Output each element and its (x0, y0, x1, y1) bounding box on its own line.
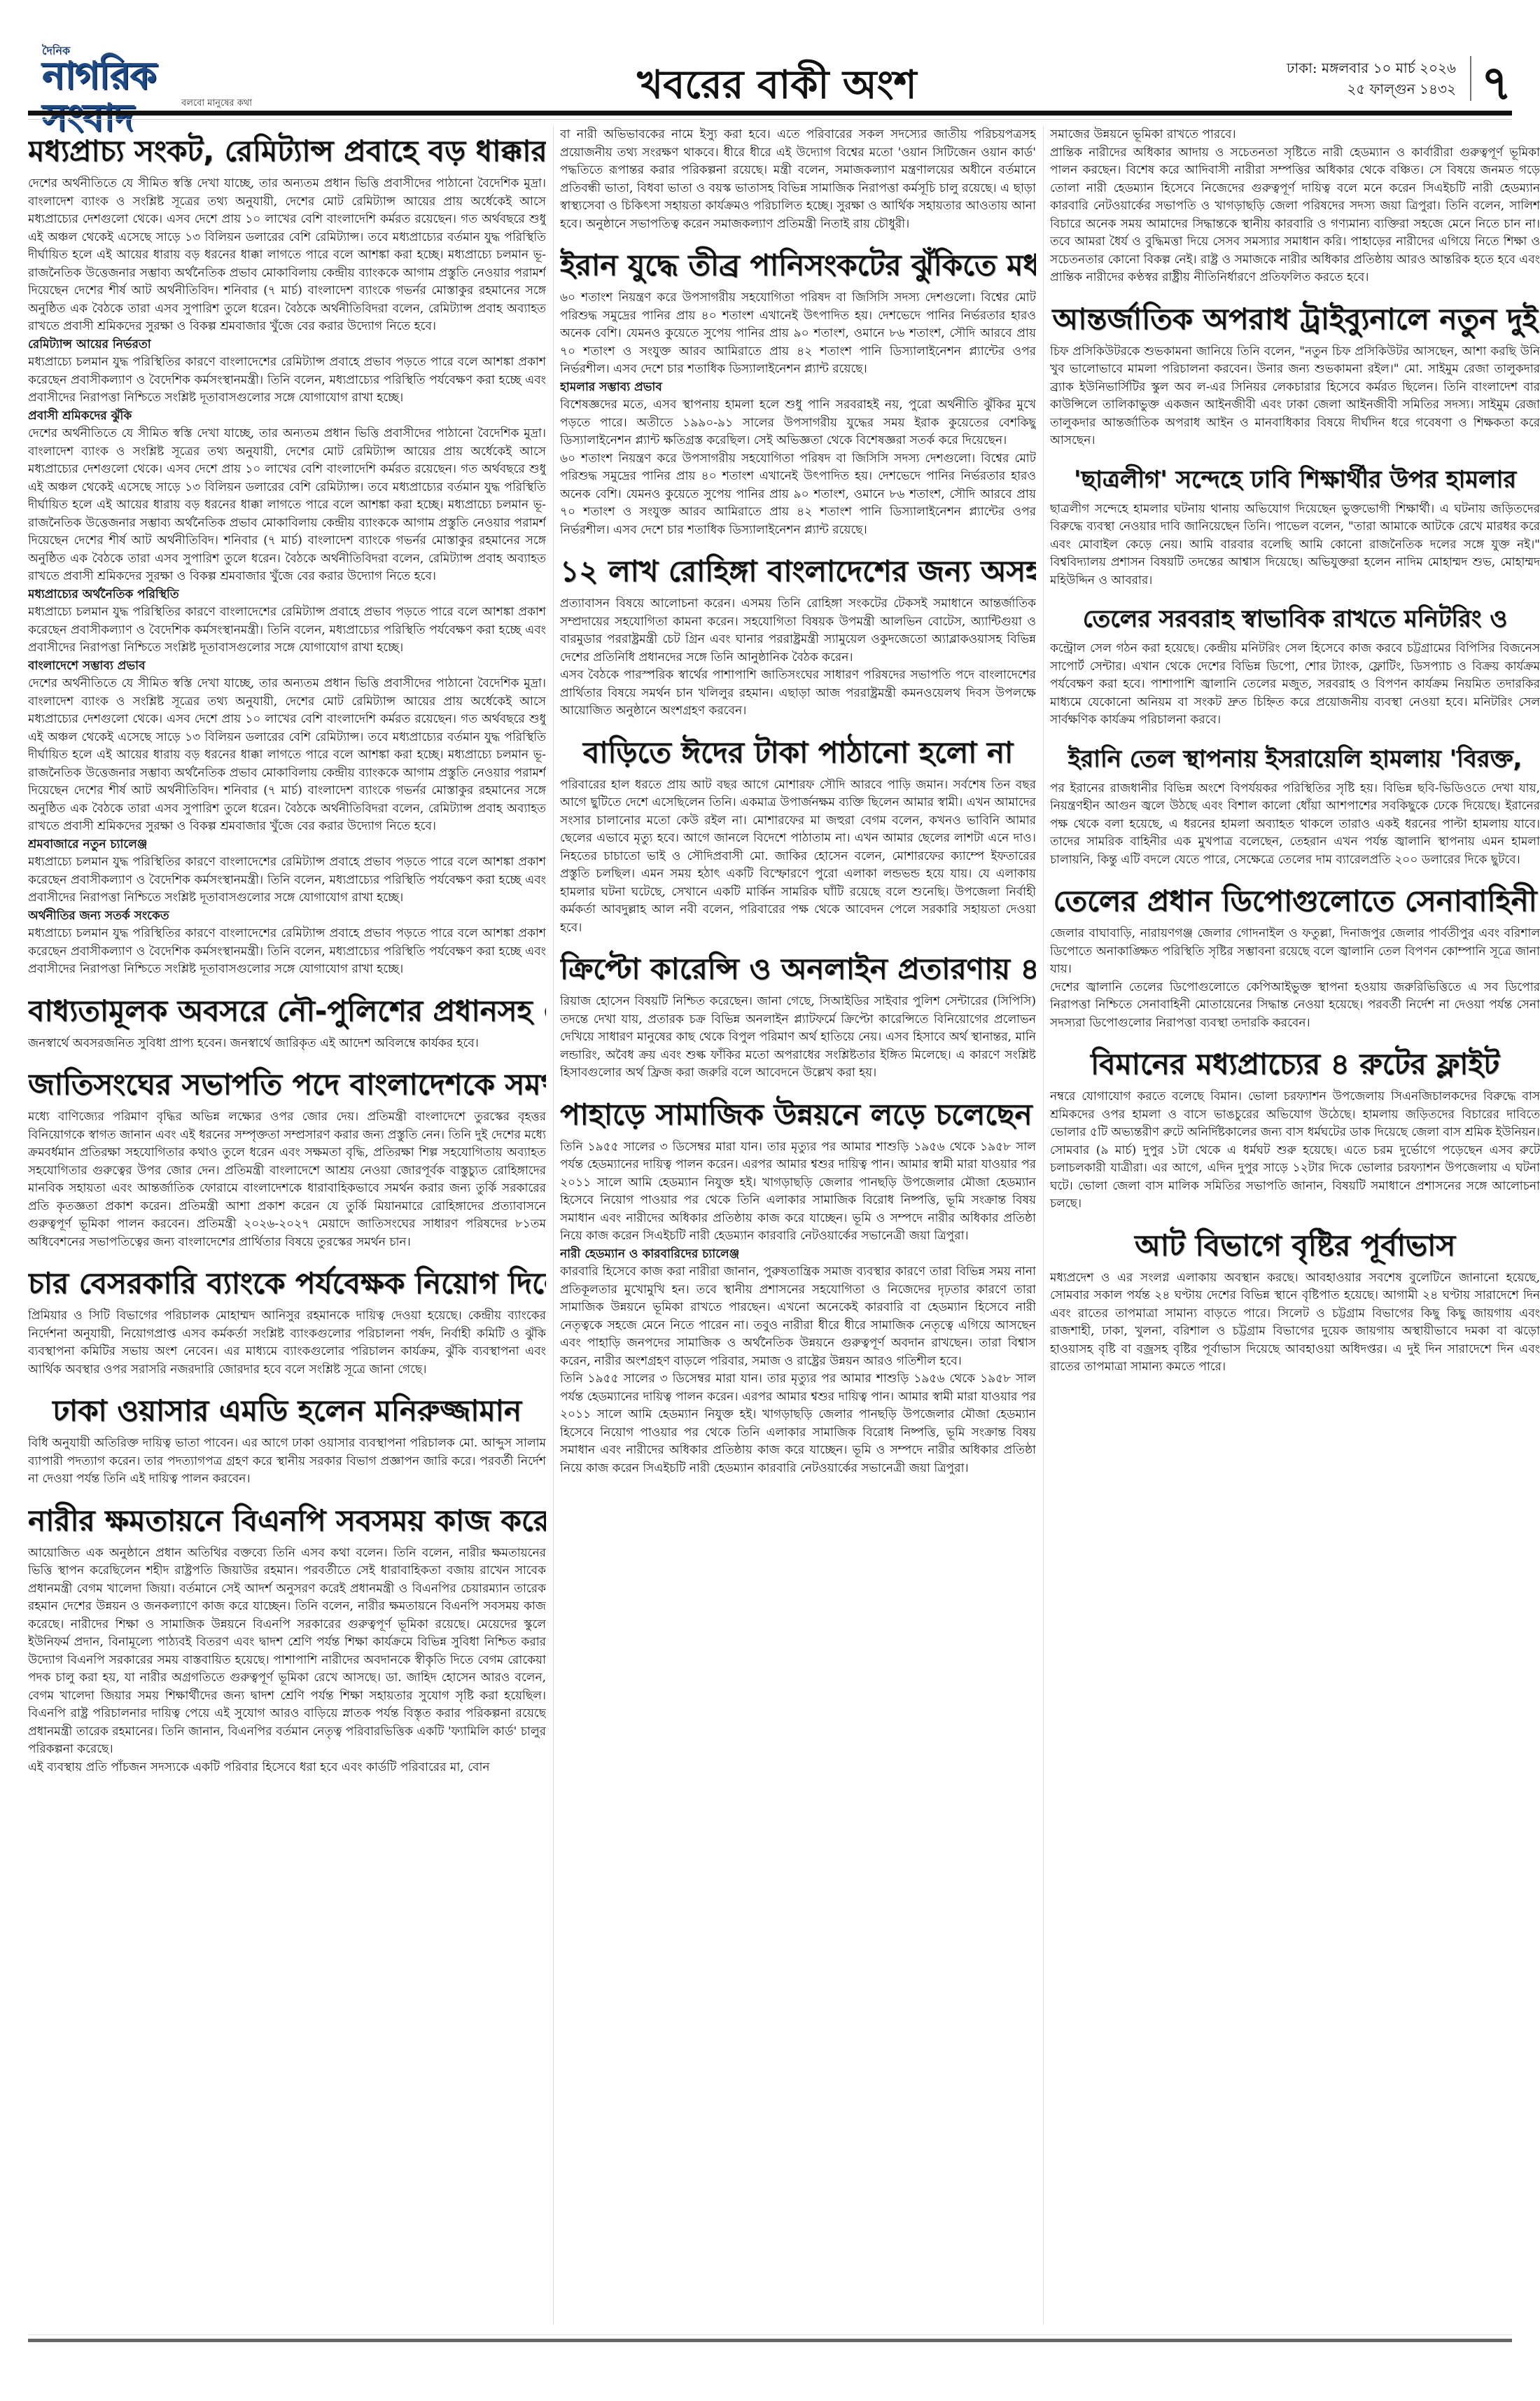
headline[interactable]: মধ্যপ্রাচ্য সংকট, রেমিট্যান্স প্রবাহে বড… (28, 132, 546, 171)
dateline: ঢাকা: মঙ্গলবার ১০ মার্চ ২০২৬ ২৫ ফাল্গুন … (1287, 57, 1456, 99)
paragraph: দেশের অর্থনীতিতে যে সীমিত স্বস্তি দেখা য… (28, 675, 546, 836)
article-rohingya: ১২ লাখ রোহিঙ্গা বাংলাদেশের জন্য অসহনীয় … (560, 552, 1036, 721)
headline[interactable]: জাতিসংঘের সভাপতি পদে বাংলাদেশকে সমর্থন (28, 1065, 546, 1104)
headline[interactable]: চার বেসরকারি ব্যাংকে পর্যবেক্ষক নিয়োগ দ… (28, 1264, 546, 1303)
paragraph: চিফ প্রসিকিউটরকে শুভকামনা জানিয়ে তিনি ব… (1050, 343, 1540, 450)
article-navy-police: বাধ্যতামূলক অবসরে নৌ-পুলিশের প্রধানসহ ৫ … (28, 991, 546, 1053)
headline[interactable]: তেলের প্রধান ডিপোগুলোতে সেনাবাহিনী (1050, 882, 1540, 921)
headline[interactable]: নারীর ক্ষমতায়নে বিএনপি সবসময় কাজ করেছে (28, 1501, 546, 1540)
paragraph: তিনি ১৯৫৫ সালের ৩ ডিসেম্বর মারা যান। তার… (560, 1370, 1036, 1477)
paragraph: প্রত্যাবাসন বিষয়ে আলোচনা করেন। এসময় তি… (560, 595, 1036, 667)
paragraph: মধ্যপ্রাচ্যে চলমান যুদ্ধ পরিস্থিতির কারণ… (28, 604, 546, 657)
article-eid-money: বাড়িতে ঈদের টাকা পাঠানো হলো না পরিবারের… (560, 733, 1036, 938)
paragraph: মধ্যপ্রাচ্যে চলমান যুদ্ধ পরিস্থিতির কারণ… (28, 354, 546, 408)
paragraph: মধ্যপ্রাচ্যে চলমান যুদ্ধ পরিস্থিতির কারণ… (28, 925, 546, 979)
paragraph: বিধি অনুযায়ী অতিরিক্ত দায়িত্ব ভাতা পাব… (28, 1435, 546, 1489)
headline[interactable]: ইরানি তেল স্থাপনায় ইসরায়েলি হামলায় 'ব… (1050, 742, 1540, 776)
paragraph: এই ব্যবস্থায় প্রতি পাঁচজন সদস্যকে একটি … (28, 1759, 546, 1777)
headline[interactable]: ১২ লাখ রোহিঙ্গা বাংলাদেশের জন্য অসহনীয় (560, 552, 1036, 591)
article-war-crimes-tribunal: আন্তর্জাতিক অপরাধ ট্রাইব্যুনালে নতুন দুই… (1050, 300, 1540, 450)
paragraph: প্রান্তিক নারীদের অধিকার আদায় ও সচেতনতা… (1050, 144, 1540, 287)
newspaper-logo[interactable]: দৈনিক নাগরিক সংবাদ বলবো মানুষের কথা (42, 42, 252, 109)
paragraph: তিনি ১৯৫৫ সালের ৩ ডিসেম্বর মারা যান। তার… (560, 1139, 1036, 1246)
article-bank-observers: চার বেসরকারি ব্যাংকে পর্যবেক্ষক নিয়োগ দ… (28, 1264, 546, 1379)
subheading: শ্রমবাজারে নতুন চ্যালেঞ্জ (28, 836, 546, 854)
article-du-student-attack: 'ছাত্রলীগ' সন্দেহে ঢাবি শিক্ষার্থীর উপর … (1050, 463, 1540, 590)
subheading: অর্থনীতির জন্য সতর্ক সংকেত (28, 907, 546, 926)
paragraph: ৬০ শতাংশ নিয়ন্ত্রণ করে উপসাগরীয় সহযোগি… (560, 289, 1036, 379)
article-un-presidency: জাতিসংঘের সভাপতি পদে বাংলাদেশকে সমর্থন ম… (28, 1065, 546, 1251)
paragraph: পরিবারের হাল ধরতে প্রায় আট বছর আগে মোশা… (560, 777, 1036, 938)
article-remittance: মধ্যপ্রাচ্য সংকট, রেমিট্যান্স প্রবাহে বড… (28, 132, 546, 979)
paragraph: রিয়াজ হোসেন বিষয়টি নিশ্চিত করেছেন। জান… (560, 993, 1036, 1083)
paragraph: সমাজের উন্নয়নে ভূমিকা রাখতে পারবে। (1050, 126, 1540, 144)
masthead-rule (28, 111, 1512, 116)
bengali-date: ২৫ ফাল্গুন ১৪৩২ (1287, 78, 1456, 99)
paragraph: ছাত্রলীগ সন্দেহে হামলার ঘটনায় থানায় অভ… (1050, 501, 1540, 590)
headline[interactable]: বাড়িতে ঈদের টাকা পাঠানো হলো না (560, 733, 1036, 772)
paragraph: কন্ট্রোল সেল গঠন করা হয়েছে। কেন্দ্রীয় … (1050, 640, 1540, 730)
article-wasa-md: ঢাকা ওয়াসার এমডি হলেন মনিরুজ্জামান বিধি… (28, 1391, 546, 1489)
paragraph: পর ইরানের রাজধানীর বিভিন্ন অংশে বিপর্যয়… (1050, 780, 1540, 870)
paragraph: মধ্যপ্রাচ্যে চলমান যুদ্ধ পরিস্থিতির কারণ… (28, 854, 546, 907)
headline[interactable]: পাহাড়ে সামাজিক উন্নয়নে লড়ে চলেছেন নার… (560, 1095, 1036, 1134)
paragraph: প্রিমিয়ার ও সিটি বিভাগের পরিচালক মোহাম্… (28, 1307, 546, 1379)
headline[interactable]: 'ছাত্রলীগ' সন্দেহে ঢাবি শিক্ষার্থীর উপর … (1050, 463, 1540, 496)
article-oil-monitoring: তেলের সরবরাহ স্বাভাবিক রাখতে মনিটরিং ও ক… (1050, 602, 1540, 730)
column-right: সমাজের উন্নয়নে ভূমিকা রাখতে পারবে। প্রা… (1050, 126, 1540, 2325)
paragraph: ৬০ শতাংশ নিয়ন্ত্রণ করে উপসাগরীয় সহযোগি… (560, 450, 1036, 540)
headline[interactable]: ইরান যুদ্ধে তীব্র পানিসংকটের ঝুঁকিতে মধ্… (560, 246, 1036, 285)
subheading: নারী হেডম্যান ও কারবারিদের চ্যালেঞ্জ (560, 1246, 1036, 1264)
paragraph: দেশের জ্বালানি তেলের ডিপোগুলোতে কেপিআইভু… (1050, 979, 1540, 1033)
subheading: বাংলাদেশে সম্ভাব্য প্রভাব (28, 657, 546, 676)
article-body: দেশের অর্থনীতিতে যে সীমিত স্বস্তি দেখা য… (28, 175, 546, 979)
article-hill-women: পাহাড়ে সামাজিক উন্নয়নে লড়ে চলেছেন নার… (560, 1095, 1036, 1478)
article-continuation: বা নারী অভিভাবকের নামে ইস্যু করা হবে। এত… (560, 126, 1036, 233)
subheading: রেমিট্যান্স আয়ের নির্ভরতা (28, 336, 546, 354)
headline[interactable]: বাধ্যতামূলক অবসরে নৌ-পুলিশের প্রধানসহ ৫ (28, 991, 546, 1031)
headline[interactable]: আন্তর্জাতিক অপরাধ ট্রাইব্যুনালে নতুন দুই (1050, 300, 1540, 339)
gregorian-date: ঢাকা: মঙ্গলবার ১০ মার্চ ২০২৬ (1287, 57, 1456, 78)
paragraph: এসব বৈঠকে পারস্পরিক স্বার্থের পাশাপাশি জ… (560, 667, 1036, 721)
paragraph: জনস্বার্থে অবসরজনিত সুবিধা প্রাপ্য হবেন।… (28, 1035, 546, 1053)
paragraph: দেশের অর্থনীতিতে যে সীমিত স্বস্তি দেখা য… (28, 175, 546, 336)
article-water-crisis: ইরান যুদ্ধে তীব্র পানিসংকটের ঝুঁকিতে মধ্… (560, 246, 1036, 539)
masthead-rule-thin (28, 119, 1512, 120)
paragraph: কারবারি হিসেবে কাজ করা নারীরা জানান, পুর… (560, 1263, 1036, 1370)
footer-rule (28, 2339, 1512, 2342)
paragraph: দেশের অর্থনীতিতে যে সীমিত স্বস্তি দেখা য… (28, 425, 546, 586)
article-army-depots: তেলের প্রধান ডিপোগুলোতে সেনাবাহিনী জেলার… (1050, 882, 1540, 1032)
article-women-empowerment: নারীর ক্ষমতায়নে বিএনপি সবসময় কাজ করেছে… (28, 1501, 546, 1777)
paragraph: মধ্যপ্রদেশ ও এর সংলগ্ন এলাকায় অবস্থান ক… (1050, 1269, 1540, 1377)
headline[interactable]: তেলের সরবরাহ স্বাভাবিক রাখতে মনিটরিং ও (1050, 602, 1540, 636)
article-rain-forecast: আট বিভাগে বৃষ্টির পূর্বাভাস মধ্যপ্রদেশ ও… (1050, 1226, 1540, 1377)
paragraph: মধ্যে বাণিজ্যের পরিমাণ বৃদ্ধির অভিন্ন লক… (28, 1108, 546, 1251)
subheading: প্রবাসী শ্রমিকদের ঝুঁকি (28, 408, 546, 426)
logo-tagline: বলবো মানুষের কথা (181, 97, 252, 111)
paragraph: বিশেষজ্ঞদের মতে, এসব স্থাপনায় হামলা হলে… (560, 396, 1036, 450)
masthead: দৈনিক নাগরিক সংবাদ বলবো মানুষের কথা খবরে… (42, 42, 1512, 112)
column-middle: বা নারী অভিভাবকের নামে ইস্যু করা হবে। এত… (560, 126, 1036, 2325)
column-divider (553, 126, 554, 2325)
headline[interactable]: ক্রিপ্টো কারেন্সি ও অনলাইন প্রতারণায় ৪৪… (560, 949, 1036, 989)
article-crypto-fraud: ক্রিপ্টো কারেন্সি ও অনলাইন প্রতারণায় ৪৪… (560, 949, 1036, 1083)
column-divider (1043, 126, 1044, 2325)
footer-rule-thin (28, 2334, 1512, 2335)
subheading: মধ্যপ্রাচ্যের অর্থনৈতিক পরিস্থিতি (28, 586, 546, 604)
article-continuation: সমাজের উন্নয়নে ভূমিকা রাখতে পারবে। প্রা… (1050, 126, 1540, 287)
paragraph: আয়োজিত এক অনুষ্ঠানে প্রধান অতিথির বক্তব… (28, 1545, 546, 1759)
article-iran-oil-attack: ইরানি তেল স্থাপনায় ইসরায়েলি হামলায় 'ব… (1050, 742, 1540, 870)
headline[interactable]: ঢাকা ওয়াসার এমডি হলেন মনিরুজ্জামান (28, 1391, 546, 1431)
column-left: মধ্যপ্রাচ্য সংকট, রেমিট্যান্স প্রবাহে বড… (28, 126, 546, 2325)
paragraph: বা নারী অভিভাবকের নামে ইস্যু করা হবে। এত… (560, 126, 1036, 233)
subheading: হামলার সম্ভাব্য প্রভাব (560, 379, 1036, 397)
headline[interactable]: বিমানের মধ্যপ্রাচ্যের ৪ রুটের ফ্লাইট (1050, 1045, 1540, 1084)
page-number-divider (1470, 56, 1471, 101)
article-biman-flights: বিমানের মধ্যপ্রাচ্যের ৪ রুটের ফ্লাইট নম্… (1050, 1045, 1540, 1213)
headline[interactable]: আট বিভাগে বৃষ্টির পূর্বাভাস (1050, 1226, 1540, 1265)
paragraph: নম্বরে যোগাযোগ করতে বলেছে বিমান। ভোলা চর… (1050, 1088, 1540, 1213)
paragraph: জেলার বাঘাবাড়ি, নারায়ণগঞ্জ জেলার গোদনা… (1050, 925, 1540, 979)
